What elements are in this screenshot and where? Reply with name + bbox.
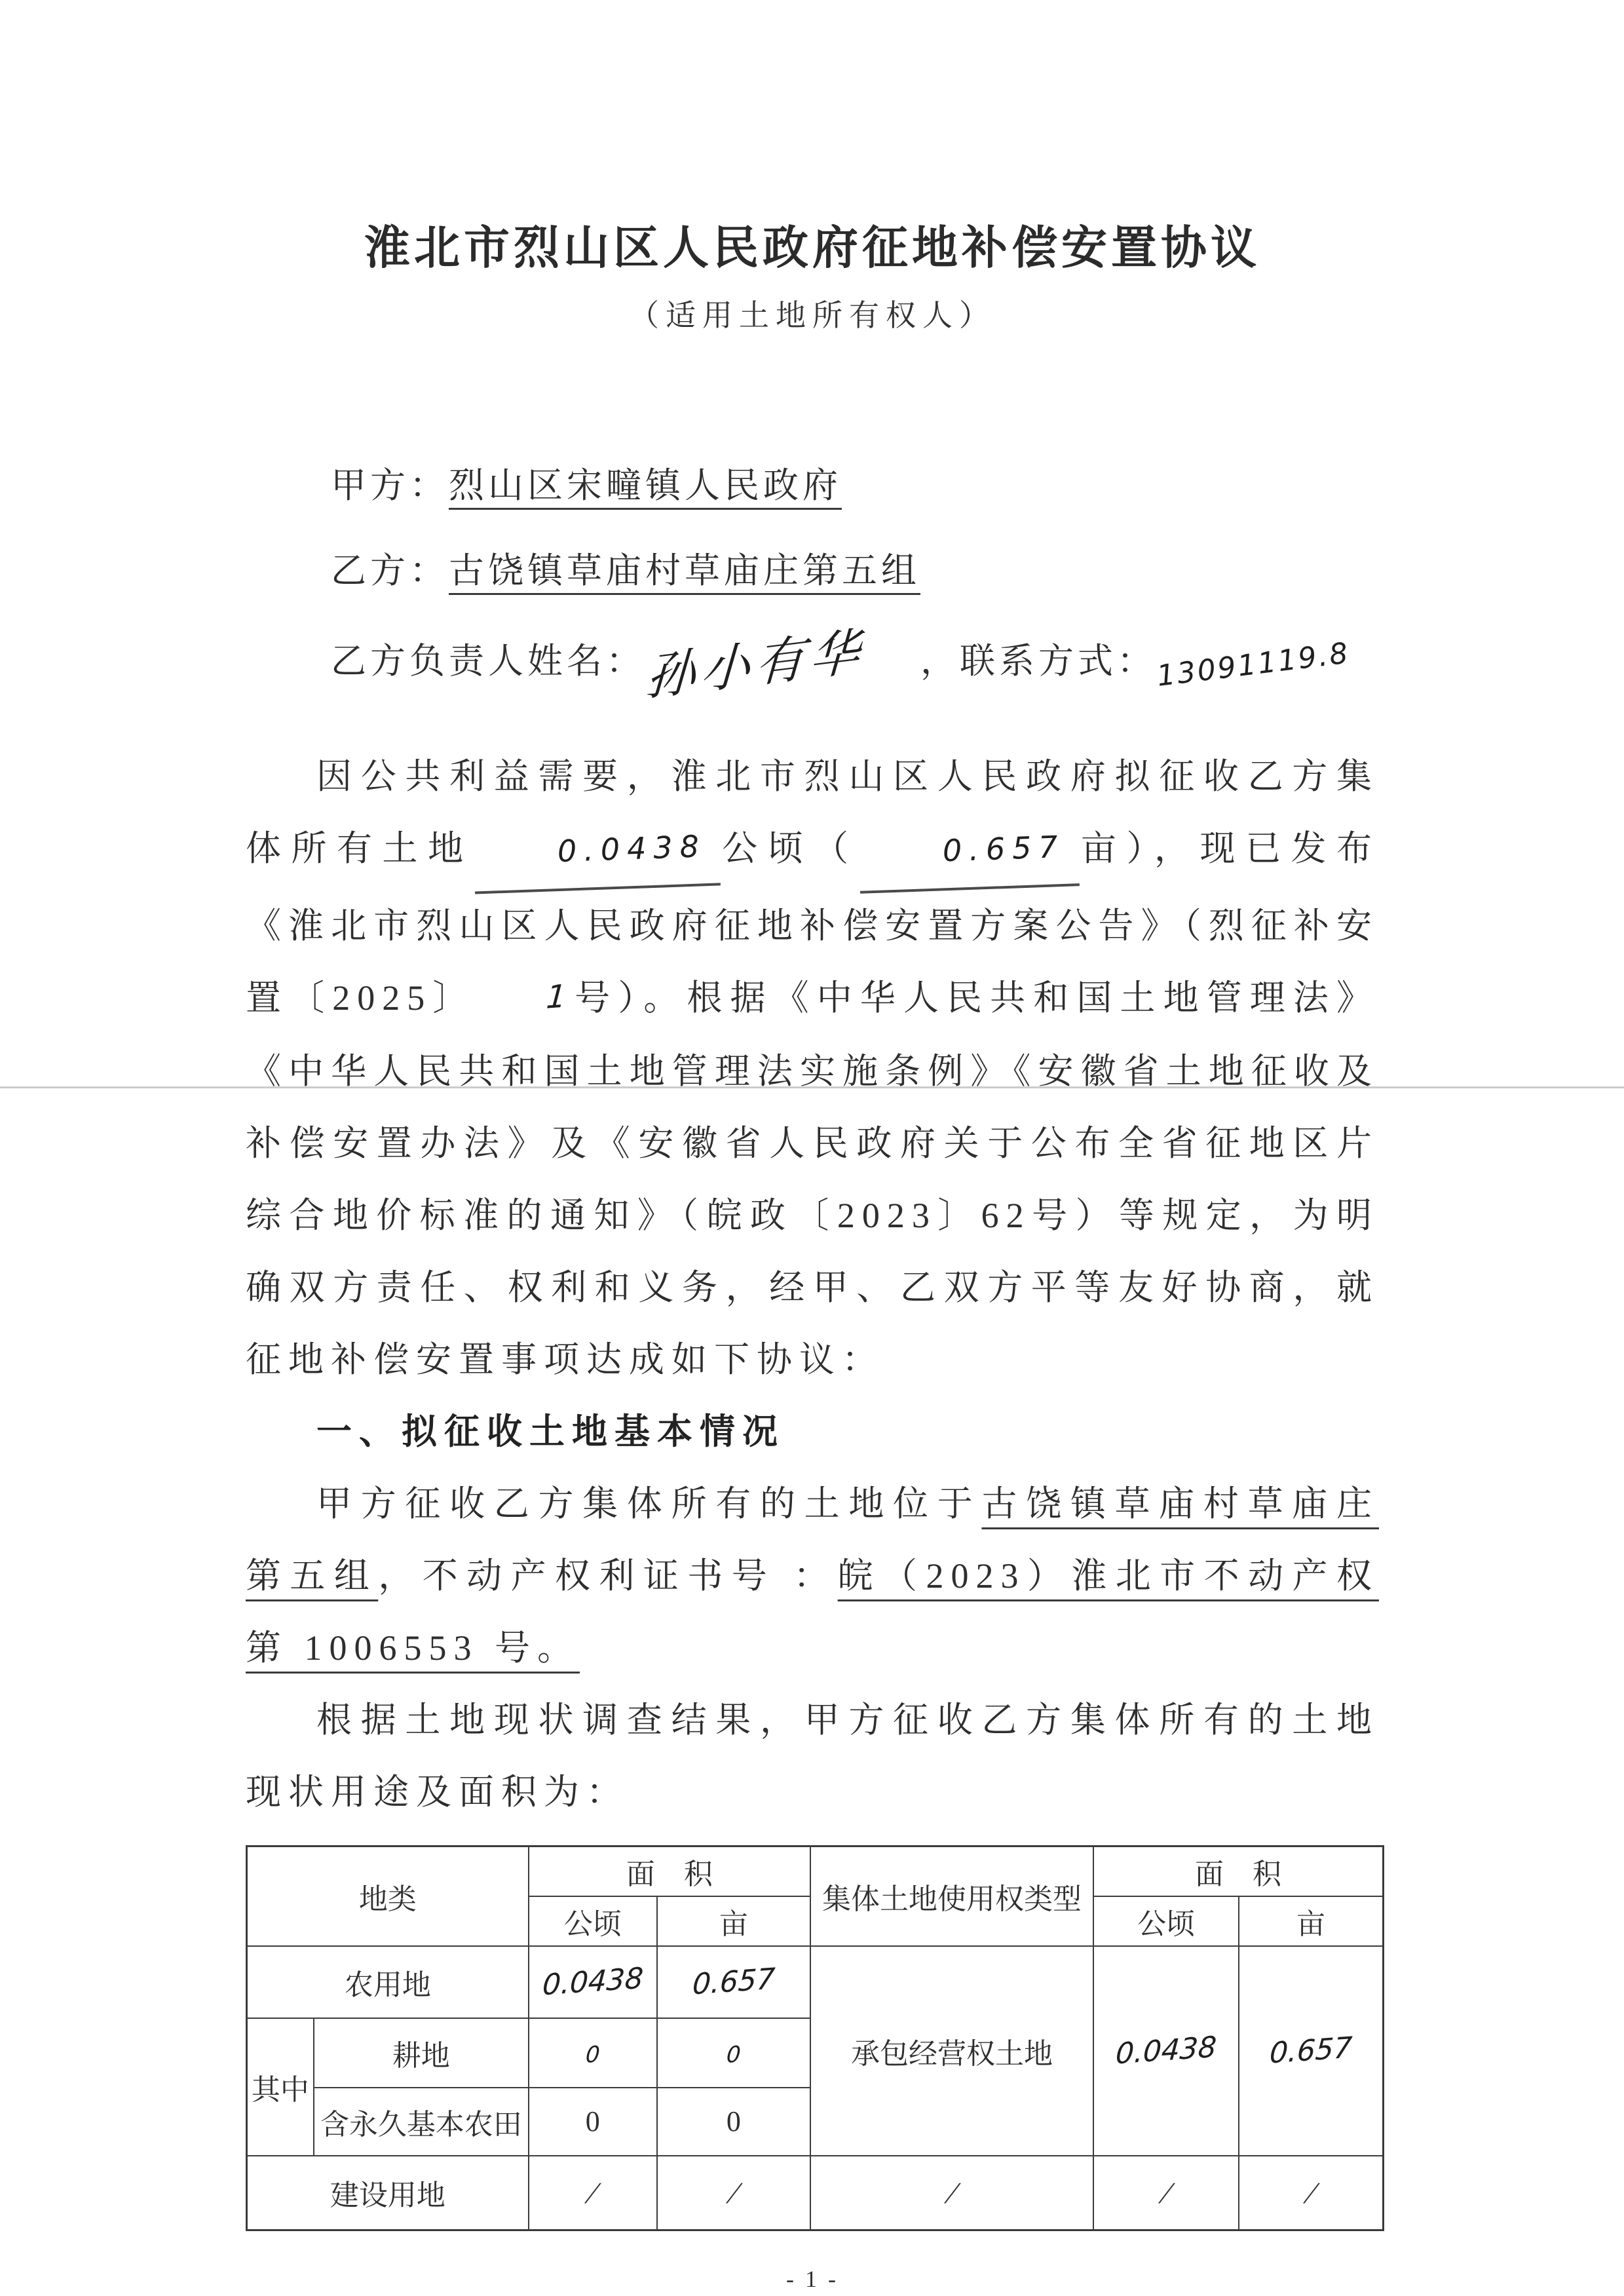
page-content: 淮北市烈山区人民政府征地补偿安置协议 （适用土地所有权人） 甲方：烈山区宋疃镇人… xyxy=(246,216,1379,2293)
party-a-label: 甲方： xyxy=(331,466,449,505)
land-area-hectares-handwritten: 0.0438 xyxy=(472,809,721,894)
announcement-number-handwritten: 1 xyxy=(474,959,576,1039)
parties-block: 甲方：烈山区宋疃镇人民政府 乙方：古饶镇草庙村草庙庄第五组 乙方负责人姓名：孙小… xyxy=(246,443,1379,706)
contact-number-handwritten: 13091119.8 xyxy=(1152,611,1355,719)
construction-mu: / xyxy=(657,2156,810,2230)
location-seg1: 甲方征收乙方集体所有的土地位于 xyxy=(316,1484,981,1523)
land-area-mu-handwritten: 0.657 xyxy=(858,810,1080,894)
header-mu-right: 亩 xyxy=(1239,1896,1383,1946)
scanned-agreement-page: 淮北市烈山区人民政府征地补偿安置协议 （适用土地所有权人） 甲方：烈山区宋疃镇人… xyxy=(0,0,1624,2296)
agricultural-mu-handwritten: 0.657 xyxy=(657,1946,810,2018)
party-b-value: 古饶镇草庙村草庙庄第五组 xyxy=(449,551,924,590)
table-row-construction: 建设用地 / / / / / xyxy=(247,2156,1384,2230)
among-which-label: 其中 xyxy=(247,2018,314,2156)
table-row-agricultural: 农用地 0.0438 0.657 承包经营权土地 0.0438 0.657 xyxy=(247,1946,1384,2018)
preamble-paragraph: 因公共利益需要，淮北市烈山区人民政府拟征收乙方集体所有土地0.0438公顷（0.… xyxy=(246,740,1379,1396)
agricultural-mu-value: 0.657 xyxy=(691,1962,776,2001)
construction-usage: / xyxy=(810,2156,1093,2230)
construction-mu-value: / xyxy=(725,2175,742,2210)
table-header-row-1: 地类 面 积 集体土地使用权类型 面 积 xyxy=(247,1846,1384,1896)
header-usage-type: 集体土地使用权类型 xyxy=(810,1846,1093,1946)
header-hectare-right: 公顷 xyxy=(1093,1896,1239,1946)
preamble-seg2: 公顷（ xyxy=(719,829,859,868)
cultivated-label: 耕地 xyxy=(314,2018,529,2088)
cultivated-hectare-handwritten: 0 xyxy=(529,2018,657,2088)
representative-signature-handwritten: 孙小有华 xyxy=(644,602,922,721)
representative-label: 乙方负责人姓名： xyxy=(331,641,645,681)
construction-usage-value: / xyxy=(943,2175,960,2210)
party-b-label: 乙方： xyxy=(331,551,449,590)
construction-mu-right-value: / xyxy=(1302,2175,1319,2210)
party-b-line: 乙方：古饶镇草庙村草庙庄第五组 xyxy=(331,528,1379,613)
construction-hectare: / xyxy=(529,2156,657,2230)
cultivated-mu-handwritten: 0 xyxy=(657,2018,810,2088)
total-mu-right-value: 0.657 xyxy=(1268,2031,1353,2070)
location-seg2: ，不动产权利证书号 ： xyxy=(378,1556,837,1596)
header-hectare-left: 公顷 xyxy=(529,1896,657,1946)
agricultural-hectare-handwritten: 0.0438 xyxy=(529,1946,657,2018)
page-number: - 1 - xyxy=(246,2265,1379,2293)
land-status-table: 地类 面 积 集体土地使用权类型 面 积 公顷 亩 公顷 亩 农用地 0.043… xyxy=(246,1845,1384,2231)
cultivated-mu-value: 0 xyxy=(726,2041,742,2069)
construction-hectare-right: / xyxy=(1093,2156,1239,2230)
agricultural-hectare-value: 0.0438 xyxy=(541,1961,644,2002)
basic-farmland-mu: 0 xyxy=(657,2088,810,2156)
agricultural-label: 农用地 xyxy=(247,1946,529,2018)
construction-mu-right: / xyxy=(1239,2156,1383,2230)
construction-hectare-value: / xyxy=(584,2175,601,2210)
party-a-value: 烈山区宋疃镇人民政府 xyxy=(449,466,846,505)
header-land-type: 地类 xyxy=(247,1846,529,1946)
basic-farmland-label: 含永久基本农田 xyxy=(314,2088,529,2156)
cultivated-hectare-value: 0 xyxy=(585,2041,601,2069)
document-subtitle: （适用土地所有权人） xyxy=(246,292,1379,339)
contact-label: ，联系方式： xyxy=(920,641,1156,681)
document-title: 淮北市烈山区人民政府征地补偿安置协议 xyxy=(246,216,1379,282)
usage-type-value: 承包经营权土地 xyxy=(810,1946,1093,2156)
header-mu-left: 亩 xyxy=(657,1896,810,1946)
section-1-paragraph-1: 甲方征收乙方集体所有的土地位于古饶镇草庙村草庙庄第五组，不动产权利证书号 ：皖（… xyxy=(246,1468,1379,1684)
basic-farmland-hectare: 0 xyxy=(529,2088,657,2156)
party-b-representative-line: 乙方负责人姓名：孙小有华，联系方式：13091119.8 xyxy=(331,613,1379,706)
header-area-right: 面 积 xyxy=(1093,1846,1383,1896)
total-hectare-right-value: 0.0438 xyxy=(1114,2030,1217,2071)
party-a-line: 甲方：烈山区宋疃镇人民政府 xyxy=(331,443,1379,528)
section-1-paragraph-2: 根据土地现状调查结果，甲方征收乙方集体所有的土地现状用途及面积为： xyxy=(246,1684,1379,1828)
total-mu-right-handwritten: 0.657 xyxy=(1239,1946,1383,2156)
section-1-heading: 一、拟征收土地基本情况 xyxy=(246,1396,1379,1468)
agreement-body: 因公共利益需要，淮北市烈山区人民政府拟征收乙方集体所有土地0.0438公顷（0.… xyxy=(246,740,1379,1828)
scan-artifact-line xyxy=(0,1086,1624,1088)
total-hectare-right-handwritten: 0.0438 xyxy=(1093,1946,1239,2156)
header-area-left: 面 积 xyxy=(529,1846,810,1896)
construction-label: 建设用地 xyxy=(247,2156,529,2230)
construction-hectare-right-value: / xyxy=(1158,2175,1175,2210)
preamble-seg4: 号）。根据《中华人民共和国土地管理法》《中华人民共和国土地管理法实施条例》《安徽… xyxy=(246,978,1379,1379)
